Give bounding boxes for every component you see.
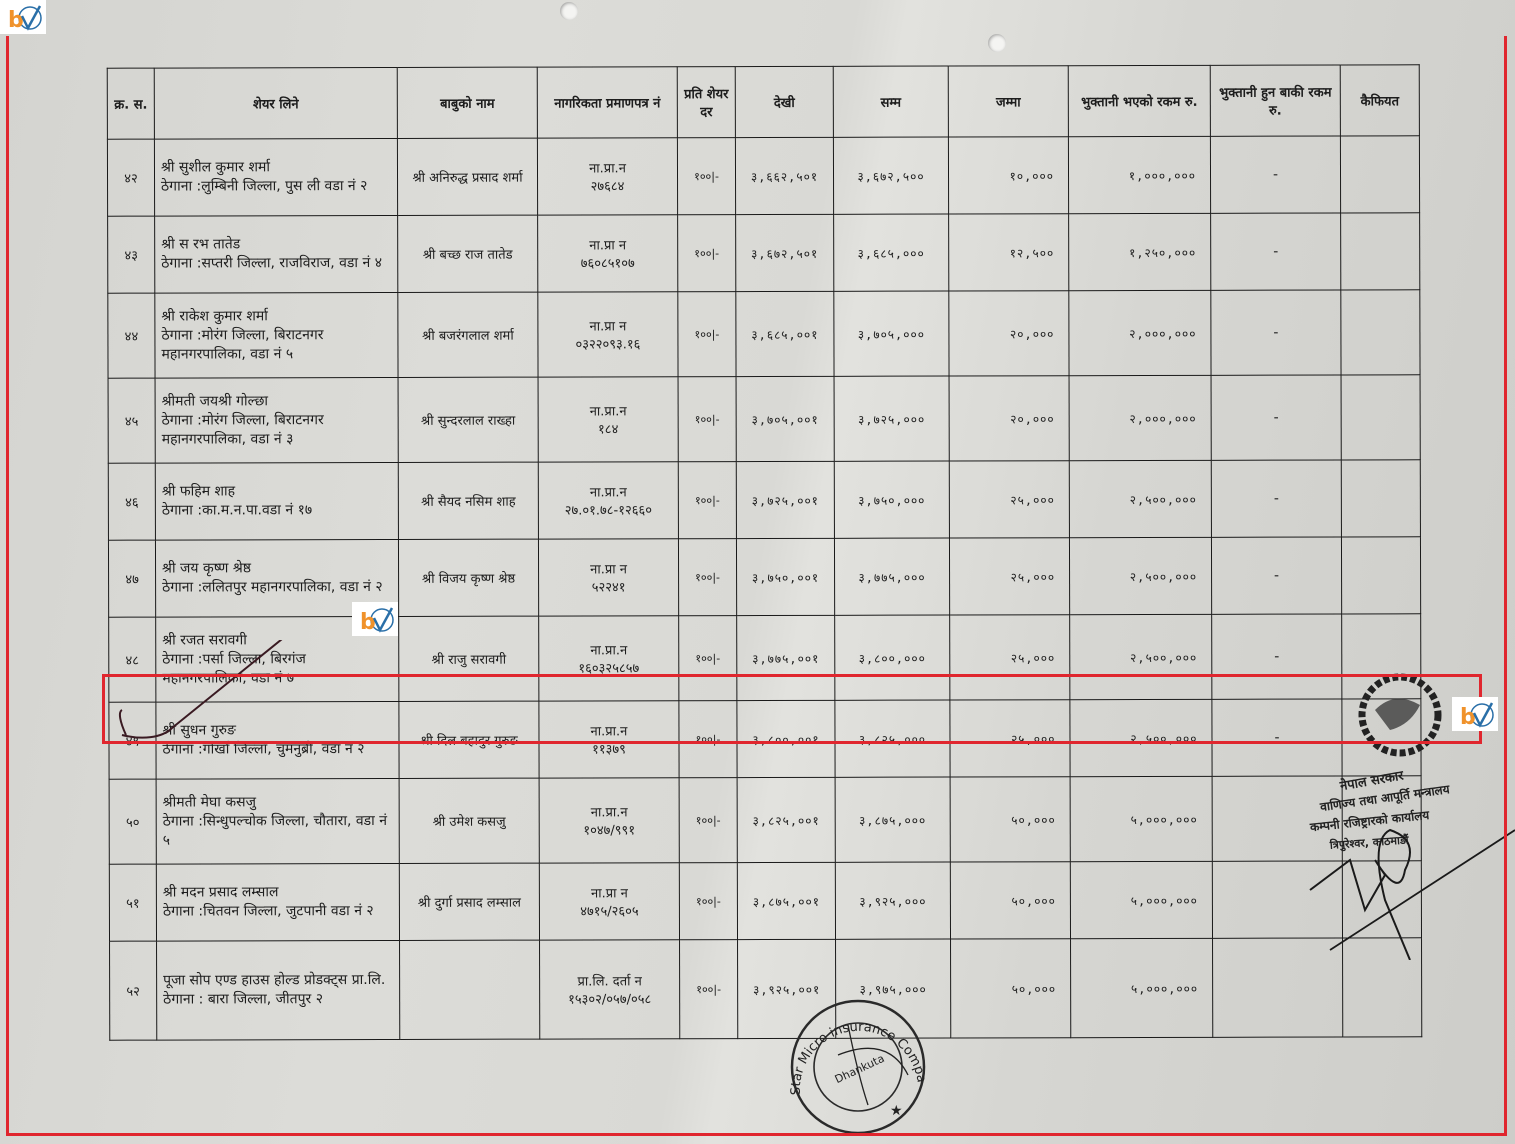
- rate-per-share: १००|-: [678, 292, 736, 377]
- paid-amount: २,०००,०००: [1069, 290, 1211, 375]
- remarks: [1341, 213, 1420, 290]
- table-row: ५० श्रीमती मेघा कसजु ठेगाना :सिन्धुपल्चो…: [109, 776, 1421, 864]
- citizenship-label: ना.प्रा.न: [544, 158, 671, 176]
- share-total: २०,०००: [949, 376, 1069, 461]
- citizenship-label: ना.प्रा न: [546, 883, 673, 901]
- share-total: ५०,०००: [950, 862, 1070, 939]
- holder-address: ठेगाना :मोरंग जिल्ला, बिराटनगर महानगरपाल…: [161, 327, 323, 362]
- citizenship-value: २७६८४: [544, 176, 671, 194]
- share-to: ३,७०५,०००: [834, 291, 949, 376]
- father-name: श्री उमेश कसजु: [399, 778, 539, 863]
- share-from: ३,८२५,००१: [737, 777, 835, 862]
- table-header-row: क्र. स. शेयर लिने बाबुको नाम नागरिकता प्…: [107, 65, 1419, 139]
- share-total: ५०,०००: [951, 939, 1071, 1038]
- paid-amount: ५,०००,०००: [1071, 938, 1213, 1037]
- share-total: २५,०००: [949, 538, 1069, 615]
- remarks: [1341, 537, 1420, 614]
- due-amount: -: [1210, 136, 1340, 213]
- holder-name: श्रीमती जयश्री गोल्छा: [162, 393, 268, 409]
- col-rate: प्रति शेयर दर: [677, 67, 735, 138]
- holder-address: ठेगाना :ललितपुर महानगरपालिका, वडा नं २: [162, 579, 383, 596]
- holder-address: ठेगाना :सप्तरी जिल्ला, राजविराज, वडा नं …: [161, 255, 382, 272]
- father-name: श्री बजरंगलाल शर्मा: [398, 292, 538, 377]
- scanned-document: क्र. स. शेयर लिने बाबुको नाम नागरिकता प्…: [0, 0, 1515, 1144]
- holder-address: ठेगाना :का.म.न.पा.वडा नं १७: [162, 502, 312, 518]
- rate-per-share: १००|-: [678, 377, 736, 462]
- share-to: ३,६७२,५००: [833, 137, 948, 214]
- holder-address: ठेगाना : बारा जिल्ला, जीतपुर २: [163, 991, 323, 1007]
- due-amount: -: [1211, 460, 1341, 537]
- citizenship-value: २७.०१.७८-१२६६०: [545, 500, 672, 518]
- citizenship-value: ४७१५/२६०५: [546, 901, 673, 919]
- citizenship-label: ना.प्रा.न: [545, 640, 672, 658]
- citizenship-number: ना.प्रा न ७६०८५१०७: [538, 215, 678, 292]
- table-row: ४२ श्री सुशील कुमार शर्मा ठेगाना :लुम्बि…: [107, 136, 1419, 216]
- serial-number: ४६: [108, 463, 155, 540]
- holder-address: ठेगाना :मोरंग जिल्ला, बिराटनगर महानगरपाल…: [162, 412, 324, 447]
- highlighted-row-marker: [102, 674, 1482, 744]
- share-to: ३,७२५,०००: [834, 376, 949, 461]
- citizenship-value: १५३०२/०५७/०५८: [546, 989, 673, 1007]
- citizenship-number: ना.प्रा.न २७.०१.७८-१२६६०: [538, 462, 678, 539]
- share-from: ३,७५०,००१: [736, 538, 834, 615]
- serial-number: ५०: [109, 779, 156, 864]
- paid-amount: १,२५०,०००: [1069, 213, 1211, 290]
- holder-address: ठेगाना :चितवन जिल्ला, जुटपानी वडा नं २: [163, 903, 374, 920]
- holder-name: श्रीमती मेघा कसजु: [163, 794, 256, 810]
- table-row: ४३ श्री स रभ तातेड ठेगाना :सप्तरी जिल्ला…: [108, 213, 1420, 293]
- share-to: ३,९२५,०००: [835, 862, 950, 939]
- share-holder: श्री सुशील कुमार शर्मा ठेगाना :लुम्बिनी …: [154, 138, 397, 216]
- bv-logo-icon: b: [1454, 699, 1496, 729]
- col-citizenship-no: नागरिकता प्रमाणपत्र नं: [537, 67, 677, 138]
- share-holder: श्री मदन प्रसाद लम्साल ठेगाना :चितवन जिल…: [156, 863, 399, 941]
- father-name: श्री सुन्दरलाल राख्हा: [398, 377, 538, 462]
- father-name: श्री विजय कृष्ण श्रेष्ठ: [398, 539, 538, 616]
- due-amount: -: [1211, 375, 1341, 460]
- holder-name: पूजा सोप एण्ड हाउस होल्ड प्रोडक्ट्स प्रा…: [163, 972, 385, 989]
- remarks: [1341, 460, 1420, 537]
- holder-address: ठेगाना :लुम्बिनी जिल्ला, पुस ली वडा नं २: [161, 178, 367, 195]
- holder-name: श्री जय कृष्ण श्रेष्ठ: [162, 560, 251, 576]
- share-from: ३,६८५,००१: [736, 291, 834, 376]
- father-name: श्री बच्छ राज तातेड: [398, 215, 538, 292]
- col-from: देखी: [735, 66, 833, 137]
- paid-amount: २,५००,०००: [1069, 460, 1211, 537]
- signature: [1290, 800, 1515, 960]
- citizenship-value: ५२२४१: [545, 577, 672, 595]
- remarks: [1341, 375, 1420, 460]
- watermark-logo: b: [352, 602, 398, 636]
- share-transfer-table: क्र. स. शेयर लिने बाबुको नाम नागरिकता प्…: [107, 64, 1423, 1040]
- share-from: ३,७२५,००१: [736, 461, 834, 538]
- citizenship-value: १८४: [545, 419, 672, 437]
- share-to: ३,६८५,०००: [834, 214, 949, 291]
- citizenship-number: ना.प्रा.न १८४: [538, 377, 678, 462]
- rate-per-share: १००|-: [679, 778, 737, 863]
- share-holder: श्रीमती मेघा कसजु ठेगाना :सिन्धुपल्चोक ज…: [156, 778, 399, 864]
- serial-number: ५१: [109, 864, 156, 941]
- svg-text:b: b: [360, 610, 376, 634]
- col-due: भुक्तानी हुन बाकी रकम रु.: [1210, 65, 1340, 136]
- table-row: ४५ श्रीमती जयश्री गोल्छा ठेगाना :मोरंग ज…: [108, 375, 1420, 463]
- svg-text:★: ★: [890, 1103, 903, 1119]
- paid-amount: ५,०००,०००: [1070, 861, 1212, 938]
- serial-number: ४२: [107, 139, 154, 216]
- share-to: ३,८७५,०००: [835, 777, 950, 862]
- svg-text:Dhankuta: Dhankuta: [833, 1052, 887, 1086]
- share-total: २०,०००: [949, 291, 1069, 376]
- serial-number: ४७: [108, 540, 155, 617]
- share-from: ३,८७५,००१: [737, 862, 835, 939]
- rate-per-share: १००|-: [678, 462, 736, 539]
- rate-per-share: १००|-: [680, 940, 738, 1039]
- holder-name: श्री राकेश कुमार शर्मा: [161, 308, 268, 324]
- share-holder: पूजा सोप एण्ड हाउस होल्ड प्रोडक्ट्स प्रा…: [157, 940, 400, 1040]
- serial-number: ४४: [108, 293, 155, 378]
- col-paid: भुक्तानी भएको रकम रु.: [1068, 65, 1210, 136]
- svg-text:b: b: [8, 8, 24, 32]
- father-name: [400, 940, 540, 1039]
- paid-amount: २,५००,०००: [1069, 537, 1211, 614]
- due-amount: -: [1211, 213, 1341, 290]
- svg-text:Star Micro insurance Company L: Star Micro insurance Company Ltd.: [778, 995, 929, 1095]
- bv-logo-icon: b: [2, 2, 44, 32]
- col-total: जम्मा: [948, 66, 1068, 137]
- citizenship-number: ना.प्रा.न २७६८४: [537, 138, 677, 215]
- father-name: श्री दुर्गा प्रसाद लम्साल: [399, 863, 539, 940]
- serial-number: ४५: [108, 378, 155, 463]
- col-father-name: बाबुको नाम: [397, 67, 537, 138]
- citizenship-label: ना.प्रा न: [545, 559, 672, 577]
- col-serial: क्र. स.: [107, 68, 154, 139]
- company-seal-icon: Star Micro insurance Company Ltd. Dhanku…: [778, 995, 948, 1135]
- remarks: [1341, 290, 1420, 375]
- citizenship-number: ना.प्रा न ४७१५/२६०५: [539, 863, 679, 940]
- citizenship-value: ०३२२०९३.१६: [544, 334, 671, 352]
- share-from: ३,६७२,५०१: [736, 214, 834, 291]
- share-to: ३,७५०,०००: [834, 461, 949, 538]
- punch-hole: [988, 34, 1006, 52]
- citizenship-label: ना.प्रा.न: [546, 802, 673, 820]
- paid-amount: २,०००,०००: [1069, 375, 1211, 460]
- rate-per-share: १००|-: [677, 138, 735, 215]
- citizenship-label: ना.प्रा.न: [545, 401, 672, 419]
- remarks: [1340, 136, 1419, 213]
- holder-name: श्री फहिम शाह: [162, 483, 235, 499]
- share-total: १०,०००: [948, 137, 1068, 214]
- table-row: ४७ श्री जय कृष्ण श्रेष्ठ ठेगाना :ललितपुर…: [108, 537, 1420, 617]
- citizenship-number: ना.प्रा न ५२२४१: [538, 539, 678, 616]
- rate-per-share: १००|-: [678, 215, 736, 292]
- share-from: ३,६६२,५०१: [735, 137, 833, 214]
- citizenship-value: ७६०८५१०७: [544, 253, 671, 271]
- paid-amount: ५,०००,०००: [1070, 776, 1212, 861]
- watermark-logo: b: [1452, 697, 1498, 731]
- share-holder: श्री राकेश कुमार शर्मा ठेगाना :मोरंग जिल…: [155, 292, 398, 378]
- holder-address: ठेगाना :सिन्धुपल्चोक जिल्ला, चौतारा, वडा…: [163, 812, 387, 848]
- table-row: ४४ श्री राकेश कुमार शर्मा ठेगाना :मोरंग …: [108, 290, 1420, 378]
- share-holder: श्री फहिम शाह ठेगाना :का.म.न.पा.वडा नं १…: [155, 462, 398, 540]
- paid-amount: १,०००,०००: [1068, 136, 1210, 213]
- serial-number: ४३: [108, 216, 155, 293]
- punch-hole: [560, 2, 578, 20]
- svg-text:b: b: [1460, 705, 1476, 729]
- rate-per-share: १००|-: [678, 539, 736, 616]
- serial-number: ५२: [110, 941, 157, 1040]
- share-to: ३,७७५,०००: [834, 538, 949, 615]
- table-row: ५१ श्री मदन प्रसाद लम्साल ठेगाना :चितवन …: [109, 861, 1421, 941]
- citizenship-label: ना.प्रा न: [544, 316, 671, 334]
- citizenship-number: ना.प्रा.न १०४७/९९१: [539, 778, 679, 863]
- share-total: ५०,०००: [950, 777, 1070, 862]
- col-remarks: कैफियत: [1340, 65, 1419, 136]
- holder-name: श्री स रभ तातेड: [161, 236, 240, 252]
- father-name: श्री सैयद नसिम शाह: [398, 462, 538, 539]
- table-row: ४६ श्री फहिम शाह ठेगाना :का.म.न.पा.वडा न…: [108, 460, 1420, 540]
- citizenship-number: ना.प्रा न ०३२२०९३.१६: [538, 292, 678, 377]
- share-total: २५,०००: [949, 461, 1069, 538]
- citizenship-label: प्रा.लि. दर्ता न: [546, 971, 673, 989]
- share-holder: श्री स रभ तातेड ठेगाना :सप्तरी जिल्ला, र…: [155, 215, 398, 293]
- due-amount: -: [1211, 290, 1341, 375]
- citizenship-value: १०४७/९९१: [546, 820, 673, 838]
- share-holder: श्रीमती जयश्री गोल्छा ठेगाना :मोरंग जिल्…: [155, 377, 398, 463]
- col-to: सम्म: [833, 66, 948, 137]
- watermark-logo: b: [0, 0, 46, 34]
- holder-name: श्री सुशील कुमार शर्मा: [161, 159, 270, 175]
- holder-name: श्री मदन प्रसाद लम्साल: [163, 884, 279, 900]
- due-amount: -: [1211, 537, 1341, 614]
- citizenship-number: प्रा.लि. दर्ता न १५३०२/०५७/०५८: [540, 940, 680, 1039]
- citizenship-label: ना.प्रा.न: [545, 482, 672, 500]
- share-total: १२,५००: [949, 214, 1069, 291]
- citizenship-label: ना.प्रा न: [544, 235, 671, 253]
- share-from: ३,७०५,००१: [736, 376, 834, 461]
- rate-per-share: १००|-: [679, 863, 737, 940]
- father-name: श्री अनिरुद्ध प्रसाद शर्मा: [397, 138, 537, 215]
- bv-logo-icon: b: [354, 604, 396, 634]
- col-share-holder: शेयर लिने: [154, 67, 397, 139]
- table-row: ५२ पूजा सोप एण्ड हाउस होल्ड प्रोडक्ट्स प…: [110, 938, 1422, 1040]
